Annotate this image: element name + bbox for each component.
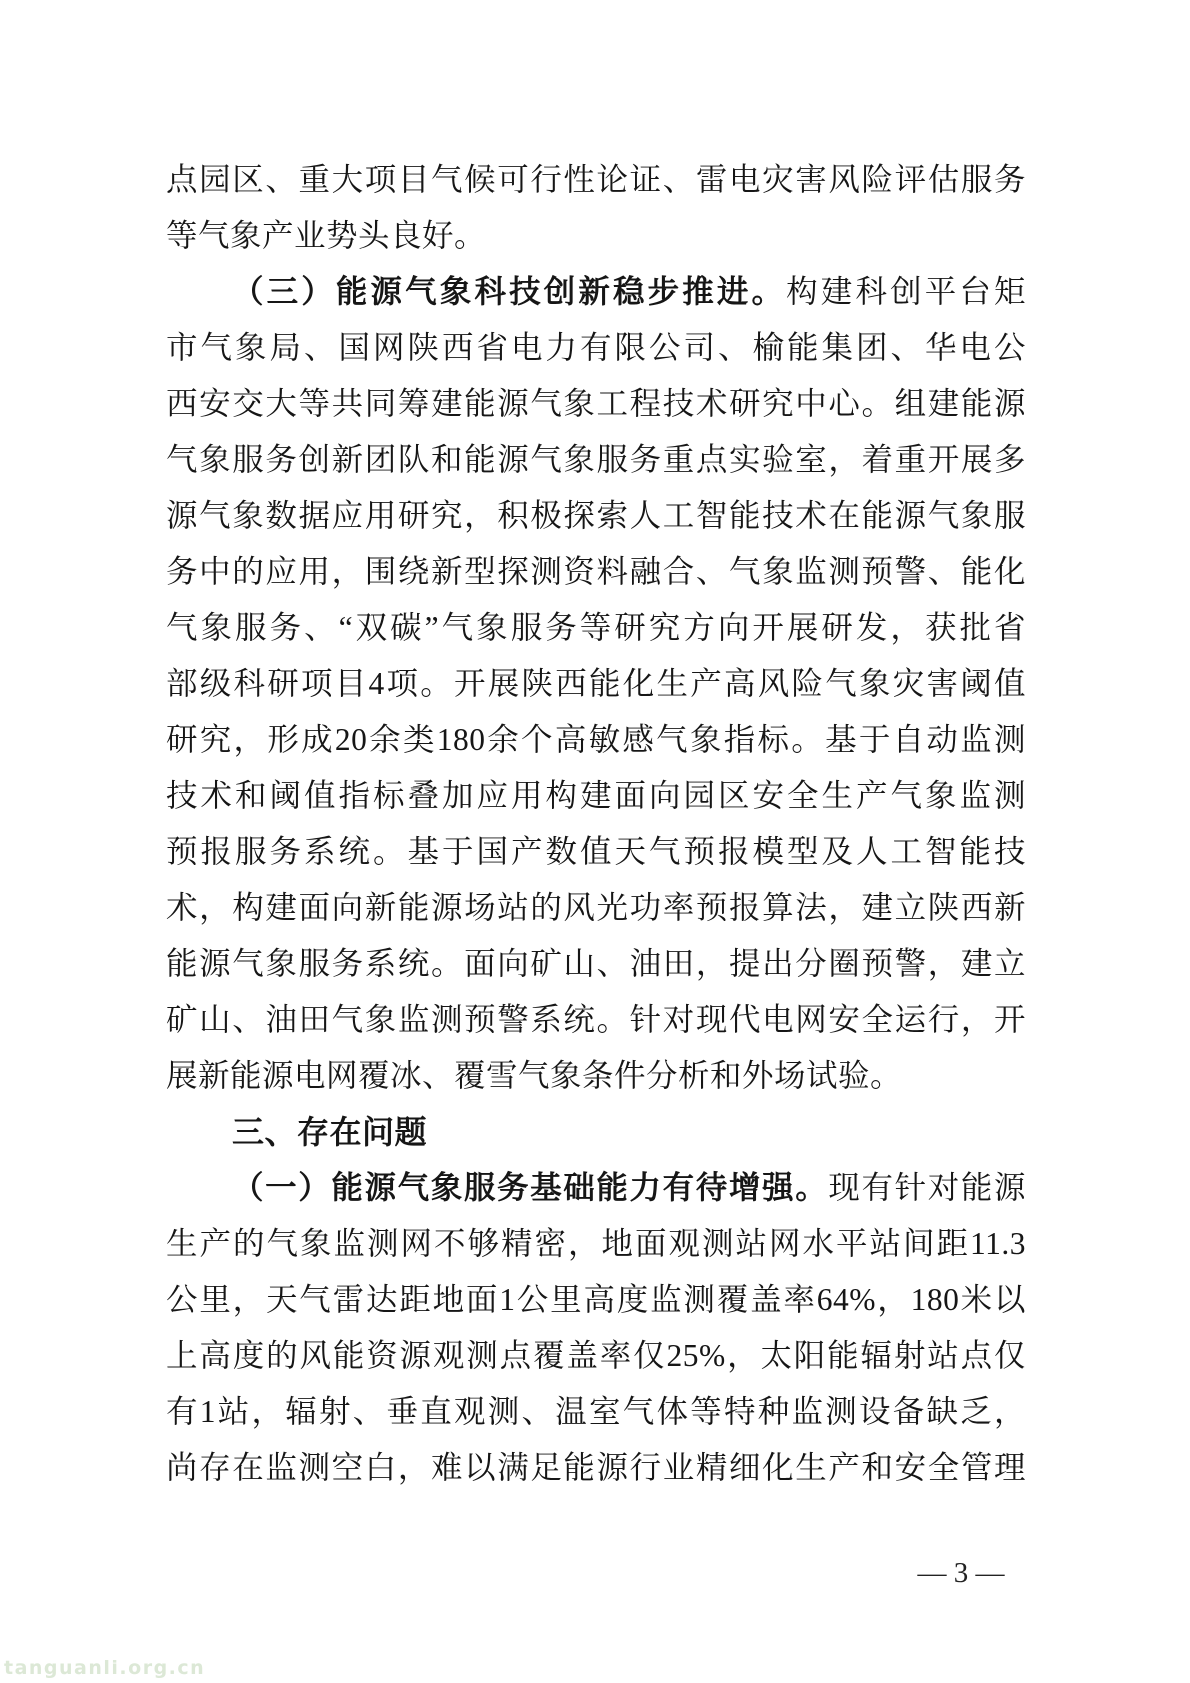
watermark: tanguanli.org.cn (4, 1657, 205, 1679)
text-run: 公里，天气雷达距地面1公里高度监测覆盖率64%，180米以 (166, 1282, 1026, 1317)
text-run: 点园区、重大项目气候可行性论证、雷电灾害风险评估服务 (166, 162, 1026, 197)
text-run: 源气象数据应用研究，积极探索人工智能技术在能源气象服 (166, 498, 1026, 533)
text-line: 点园区、重大项目气候可行性论证、雷电灾害风险评估服务 (166, 152, 1026, 208)
text-line: 技术和阈值指标叠加应用构建面向园区安全生产气象监测 (166, 768, 1026, 824)
text-line: 务中的应用，围绕新型探测资料融合、气象监测预警、能化 (166, 544, 1026, 600)
text-line: 矿山、油田气象监测预警系统。针对现代电网安全运行，开 (166, 992, 1026, 1048)
document-body: 点园区、重大项目气候可行性论证、雷电灾害风险评估服务等气象产业势头良好。（三）能… (166, 152, 1026, 1496)
text-line: 预报服务系统。基于国产数值天气预报模型及人工智能技 (166, 824, 1026, 880)
text-run: 等气象产业势头良好。 (166, 218, 486, 253)
text-run: 预报服务系统。基于国产数值天气预报模型及人工智能技 (166, 834, 1026, 869)
text-line: （三）能源气象科技创新稳步推进。构建科创平台矩阵， (166, 264, 1026, 320)
text-run: 技术和阈值指标叠加应用构建面向园区安全生产气象监测 (166, 778, 1026, 813)
text-run: 尚存在监测空白，难以满足能源行业精细化生产和安全管理 (166, 1450, 1026, 1485)
text-run: 西安交大等共同筹建能源气象工程技术研究中心。组建能源 (166, 386, 1026, 421)
text-run: 有1站，辐射、垂直观测、温室气体等特种监测设备缺乏， (166, 1394, 1026, 1429)
bold-run: （三）能源气象科技创新稳步推进。 (232, 274, 786, 309)
text-run: 气象服务创新团队和能源气象服务重点实验室，着重开展多 (166, 442, 1026, 477)
text-line: 西安交大等共同筹建能源气象工程技术研究中心。组建能源 (166, 376, 1026, 432)
text-line: 源气象数据应用研究，积极探索人工智能技术在能源气象服 (166, 488, 1026, 544)
text-line: 上高度的风能资源观测点覆盖率仅25%，太阳能辐射站点仅 (166, 1328, 1026, 1384)
text-run: 气象服务、“双碳”气象服务等研究方向开展研发，获批省 (166, 610, 1026, 645)
text-line: 研究，形成20余类180余个高敏感气象指标。基于自动监测 (166, 712, 1026, 768)
text-line: （一）能源气象服务基础能力有待增强。现有针对能源 (166, 1160, 1026, 1216)
text-line: 市气象局、国网陕西省电力有限公司、榆能集团、华电公司、 (166, 320, 1026, 376)
text-run: 矿山、油田气象监测预警系统。针对现代电网安全运行，开 (166, 1002, 1026, 1037)
text-line: 展新能源电网覆冰、覆雪气象条件分析和外场试验。 (166, 1048, 1026, 1104)
page-number: — 3 — (880, 1551, 1042, 1595)
text-line: 有1站，辐射、垂直观测、温室气体等特种监测设备缺乏， (166, 1384, 1026, 1440)
text-run: 上高度的风能资源观测点覆盖率仅25%，太阳能辐射站点仅 (166, 1338, 1026, 1373)
bold-run: 三、存在问题 (232, 1114, 427, 1150)
text-run: 展新能源电网覆冰、覆雪气象条件分析和外场试验。 (166, 1058, 902, 1093)
text-line: 术，构建面向新能源场站的风光功率预报算法，建立陕西新 (166, 880, 1026, 936)
text-line: 生产的气象监测网不够精密，地面观测站网水平站间距11.3 (166, 1216, 1026, 1272)
text-line: 气象服务创新团队和能源气象服务重点实验室，着重开展多 (166, 432, 1026, 488)
text-line: 气象服务、“双碳”气象服务等研究方向开展研发，获批省 (166, 600, 1026, 656)
text-line: 部级科研项目4项。开展陕西能化生产高风险气象灾害阈值 (166, 656, 1026, 712)
text-run: 务中的应用，围绕新型探测资料融合、气象监测预警、能化 (166, 554, 1026, 589)
text-run: 部级科研项目4项。开展陕西能化生产高风险气象灾害阈值 (166, 666, 1026, 701)
text-run: 市气象局、国网陕西省电力有限公司、榆能集团、华电公司、 (166, 330, 1026, 376)
text-run: 现有针对能源 (828, 1170, 1026, 1205)
text-run: 术，构建面向新能源场站的风光功率预报算法，建立陕西新 (166, 890, 1026, 925)
text-line: 能源气象服务系统。面向矿山、油田，提出分圈预警，建立 (166, 936, 1026, 992)
text-run: 生产的气象监测网不够精密，地面观测站网水平站间距11.3 (166, 1226, 1026, 1261)
section-heading: 三、存在问题 (166, 1104, 1026, 1160)
text-run: 能源气象服务系统。面向矿山、油田，提出分圈预警，建立 (166, 946, 1026, 981)
document-page: 点园区、重大项目气候可行性论证、雷电灾害风险评估服务等气象产业势头良好。（三）能… (0, 0, 1190, 1683)
text-line: 尚存在监测空白，难以满足能源行业精细化生产和安全管理 (166, 1440, 1026, 1496)
text-run: 研究，形成20余类180余个高敏感气象指标。基于自动监测 (166, 722, 1026, 757)
bold-run: （一）能源气象服务基础能力有待增强。 (232, 1170, 828, 1205)
text-line: 等气象产业势头良好。 (166, 208, 1026, 264)
text-line: 公里，天气雷达距地面1公里高度监测覆盖率64%，180米以 (166, 1272, 1026, 1328)
